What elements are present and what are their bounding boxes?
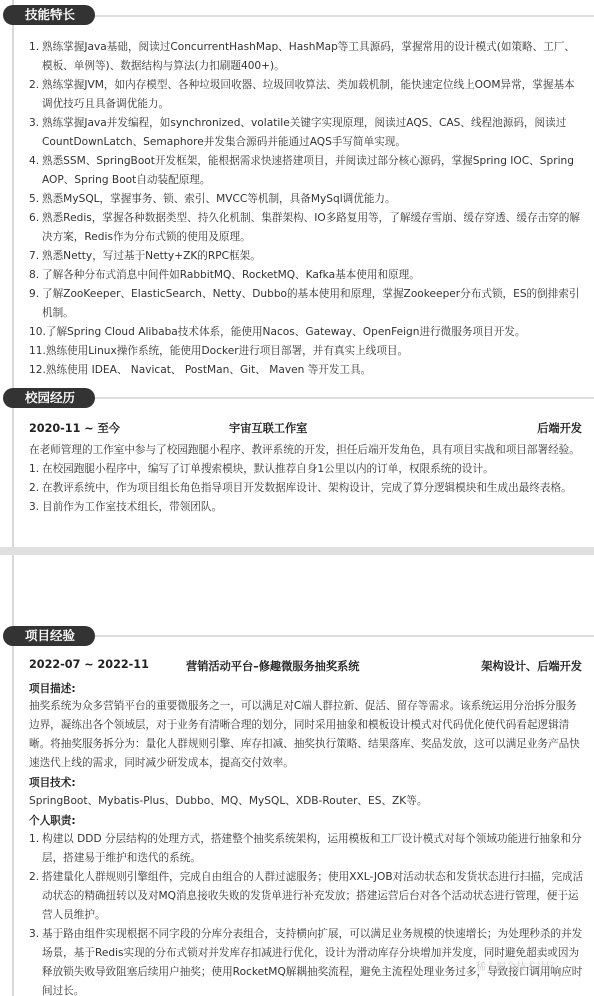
project-tech-label: 项目技术: [29, 775, 76, 790]
section-divider [95, 397, 594, 399]
skill-item: 3.熟练掌握Java并发编程，如synchronized、volatile关键字… [29, 114, 584, 152]
watermark: 稀土掘金技术社区 [476, 958, 556, 973]
page-break-band [0, 547, 594, 555]
campus-summary: 在老师管理的工作室中参与了校园跑腿小程序、教评系统的开发，担任后端开发角色，具有… [29, 441, 582, 460]
timeline-line-top [12, 0, 14, 547]
section-badge-projects: 项目经验 [3, 626, 95, 646]
campus-item: 1.在校园跑腿小程序中，编写了订单搜索模块，默认推荐自身1公里以内的订单，权限系… [29, 460, 584, 479]
duty-item: 1.构建以 DDD 分层结构的处理方式，搭建整个抽奖系统架构，运用模板和工厂设计… [29, 830, 584, 868]
skill-item: 2.熟练掌握JVM，如内存模型、各种垃圾回收器、垃圾回收算法、类加载机制，能快速… [29, 76, 584, 114]
campus-header: 2020-11 ~ 至今 宇宙互联工作室 后端开发 [29, 420, 582, 438]
project-duty-label: 个人职责: [29, 813, 76, 828]
skills-list: 1.熟练掌握Java基础，阅读过ConcurrentHashMap、HashMa… [29, 38, 584, 380]
skill-item: 1.熟练掌握Java基础，阅读过ConcurrentHashMap、HashMa… [29, 38, 584, 76]
campus-org: 宇宙互联工作室 [229, 420, 307, 436]
skill-item: 12.熟练使用 IDEA、 Navicat、 PostMan、Git、 Mave… [29, 361, 584, 380]
campus-role: 后端开发 [537, 420, 582, 436]
skill-item: 4.熟悉SSM、SpringBoot开发框架，能根据需求快速搭建项目，并阅读过部… [29, 152, 584, 190]
project-header: 2022-07 ~ 2022-11 营销活动平台–修趣微服务抽奖系统 架构设计、… [29, 658, 582, 676]
project-role: 架构设计、后端开发 [481, 658, 582, 674]
project-tech: SpringBoot、Mybatis-Plus、Dubbo、MQ、MySQL、X… [29, 792, 582, 811]
section-divider [95, 635, 594, 637]
skill-item: 6.熟悉Redis，掌握各种数据类型、持久化机制、集群架构、IO多路复用等，了解… [29, 209, 584, 247]
project-desc: 抽奖系统为众多营销平台的重要微服务之一，可以满足对C端人群拉新、促活、留存等需求… [29, 697, 582, 773]
skill-item: 7.熟悉Netty，写过基于Netty+ZK的RPC框架。 [29, 247, 584, 266]
duty-item: 2.搭建量化人群规则引擎组件，完成自由组合的人群过滤服务；使用XXL-JOB对活… [29, 868, 584, 925]
skill-item: 11.熟练使用Linux操作系统，能使用Docker进行项目部署，并有真实上线项… [29, 342, 584, 361]
campus-period: 2020-11 ~ 至今 [29, 420, 120, 436]
section-badge-skills: 技能特长 [3, 5, 95, 25]
campus-item: 2.在教评系统中，作为项目组长角色指导项目开发数据库设计、架构设计，完成了算分逻… [29, 479, 584, 498]
skill-item: 10.了解Spring Cloud Alibaba技术体系，能使用Nacos、G… [29, 323, 584, 342]
campus-item: 3.目前作为工作室技术组长，带领团队。 [29, 498, 584, 517]
skill-item: 9.了解ZooKeeper、ElasticSearch、Netty、Dubbo的… [29, 285, 584, 323]
section-badge-campus: 校园经历 [3, 388, 95, 408]
campus-list: 1.在校园跑腿小程序中，编写了订单搜索模块，默认推荐自身1公里以内的订单，权限系… [29, 460, 584, 517]
timeline-line-bottom [12, 555, 14, 996]
project-name: 营销活动平台–修趣微服务抽奖系统 [186, 658, 359, 674]
project-period: 2022-07 ~ 2022-11 [29, 658, 149, 671]
project-desc-label: 项目描述: [29, 681, 76, 696]
section-divider [95, 15, 594, 17]
skill-item: 8.了解各种分布式消息中间件如RabbitMQ、RocketMQ、Kafka基本… [29, 266, 584, 285]
skill-item: 5.熟悉MySQL，掌握事务、锁、索引、MVCC等机制，具备MySql调优能力。 [29, 190, 584, 209]
